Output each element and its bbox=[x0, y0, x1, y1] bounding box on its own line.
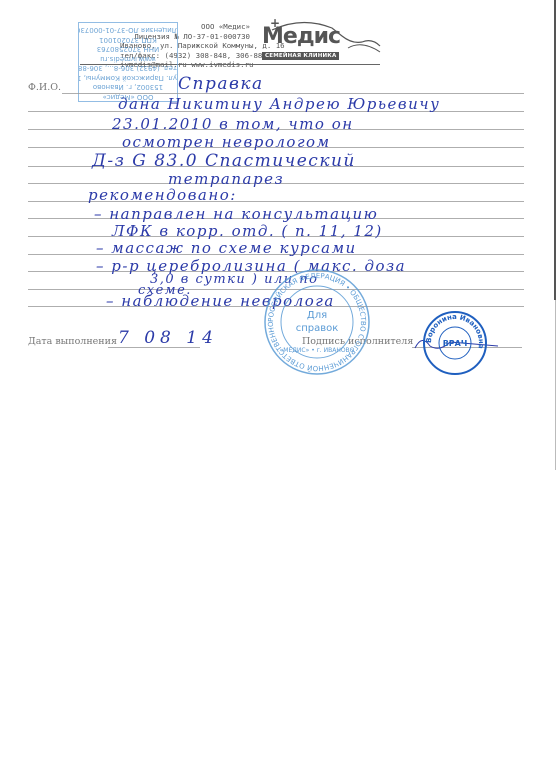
entry-stamp: ООО «Медис» 153002, г. Иваново ул. Париж… bbox=[78, 22, 178, 102]
clinic-logo: + Медис СЕМЕЙНАЯ КЛИНИКА bbox=[262, 18, 382, 68]
logo-name: Медис bbox=[262, 24, 340, 49]
doctor-stamp: Воронина Ивановна ВРАЧ bbox=[420, 308, 490, 378]
handwritten-line: осмотрен неврологом bbox=[122, 133, 331, 151]
handwritten-title: Справка bbox=[178, 74, 264, 94]
handwritten-line: Д-з G 83.0 Спастический bbox=[92, 151, 356, 171]
handwritten-line: – массаж по схеме курсами bbox=[96, 239, 357, 257]
seal-center-top: Для bbox=[307, 310, 327, 321]
handwritten-line: дана Никитину Андрею Юрьевичу bbox=[118, 95, 440, 113]
page-edge bbox=[554, 0, 556, 300]
handwritten-line: – направлен на консультацию bbox=[94, 205, 378, 223]
clinic-seal: РОССИЙСКАЯ ФЕДЕРАЦИЯ • ОБЩЕСТВО С ОГРАНИ… bbox=[262, 268, 372, 376]
handwritten-line: 23.01.2010 в том, что он bbox=[112, 115, 354, 133]
date-label: Дата выполнения bbox=[28, 336, 117, 347]
entry-stamp-text: ООО «Медис» 153002, г. Иваново ул. Париж… bbox=[79, 25, 177, 101]
ruled-line bbox=[62, 93, 524, 94]
doctor-stamp-center: ВРАЧ bbox=[443, 339, 468, 348]
date-value: 7 08 14 bbox=[118, 328, 218, 348]
seal-center-bottom: справок bbox=[296, 323, 339, 334]
logo-tagline: СЕМЕЙНАЯ КЛИНИКА bbox=[262, 52, 339, 60]
page-edge-shadow bbox=[555, 300, 556, 470]
fio-label: Ф.И.О. bbox=[28, 82, 61, 93]
seal-bottom-text: «МЕДИС» • г. ИВАНОВО bbox=[280, 347, 355, 354]
handwritten-line: рекомендовано: bbox=[88, 186, 237, 204]
handwritten-line: ЛФК в корр. отд. ( п. 11, 12) bbox=[112, 222, 383, 240]
